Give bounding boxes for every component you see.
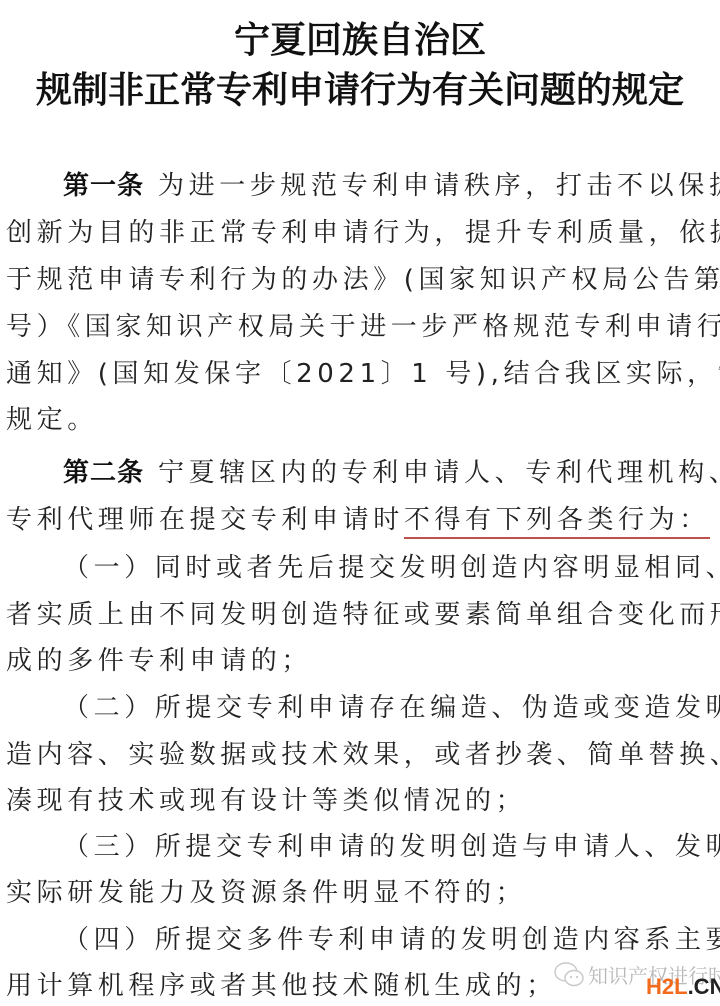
article1-line6: 规定。 [6, 400, 706, 440]
article1-label: 第一条 [63, 171, 144, 201]
item1-line2: 者实质上由不同发明创造特征或要素简单组合变化而形 [6, 595, 706, 635]
item1-line1: （一）同时或者先后提交发明创造内容明显相同、或 [63, 548, 703, 588]
item1-line3: 成的多件专利申请的； [6, 641, 706, 681]
article1-line2: 创新为目的非正常专利申请行为，提升专利质量，依据《关 [6, 213, 706, 253]
article1-line5: 通知》(国知发保字〔2021〕1 号),结合我区实际，制定本 [6, 354, 706, 394]
article2-line1: 第二条宁夏辖区内的专利申请人、专利代理机构、 [63, 453, 703, 493]
item4-line1: （四）所提交多件专利申请的发明创造内容系主要利 [63, 920, 703, 960]
item3-line1: （三）所提交专利申请的发明创造与申请人、发明人 [63, 827, 703, 867]
document-title-line1: 宁夏回族自治区 [0, 18, 720, 62]
wechat-icon [552, 960, 586, 990]
underlined-phrase: 不得有下列各类行为： [404, 505, 710, 539]
article2-line2: 专利代理师在提交专利申请时不得有下列各类行为： [6, 500, 706, 540]
watermark: 知识产权进行时 H2L.CN [552, 960, 720, 994]
article2-label: 第二条 [63, 458, 144, 488]
article1-line1: 第一条为进一步规范专利申请秩序，打击不以保护 [63, 166, 703, 206]
item2-line3: 凑现有技术或现有设计等类似情况的； [6, 781, 706, 821]
item4-line2: 用计算机程序或者其他技术随机生成的； [6, 966, 546, 1006]
h2l-logo: H2L.CN [646, 974, 720, 1000]
document-title-line2: 规制非正常专利申请行为有关问题的规定 [0, 68, 720, 112]
article1-line3: 于规范申请专利行为的办法》(国家知识产权局公告第 411 [6, 260, 706, 300]
item3-line2: 实际研发能力及资源条件明显不符的； [6, 873, 706, 913]
article1-line4: 号）《国家知识产权局关于进一步严格规范专利申请行为的 [6, 307, 706, 347]
item2-line1: （二）所提交专利申请存在编造、伪造或变造发明创 [63, 688, 703, 728]
item2-line2: 造内容、实验数据或技术效果，或者抄袭、简单替换、拼 [6, 735, 706, 775]
